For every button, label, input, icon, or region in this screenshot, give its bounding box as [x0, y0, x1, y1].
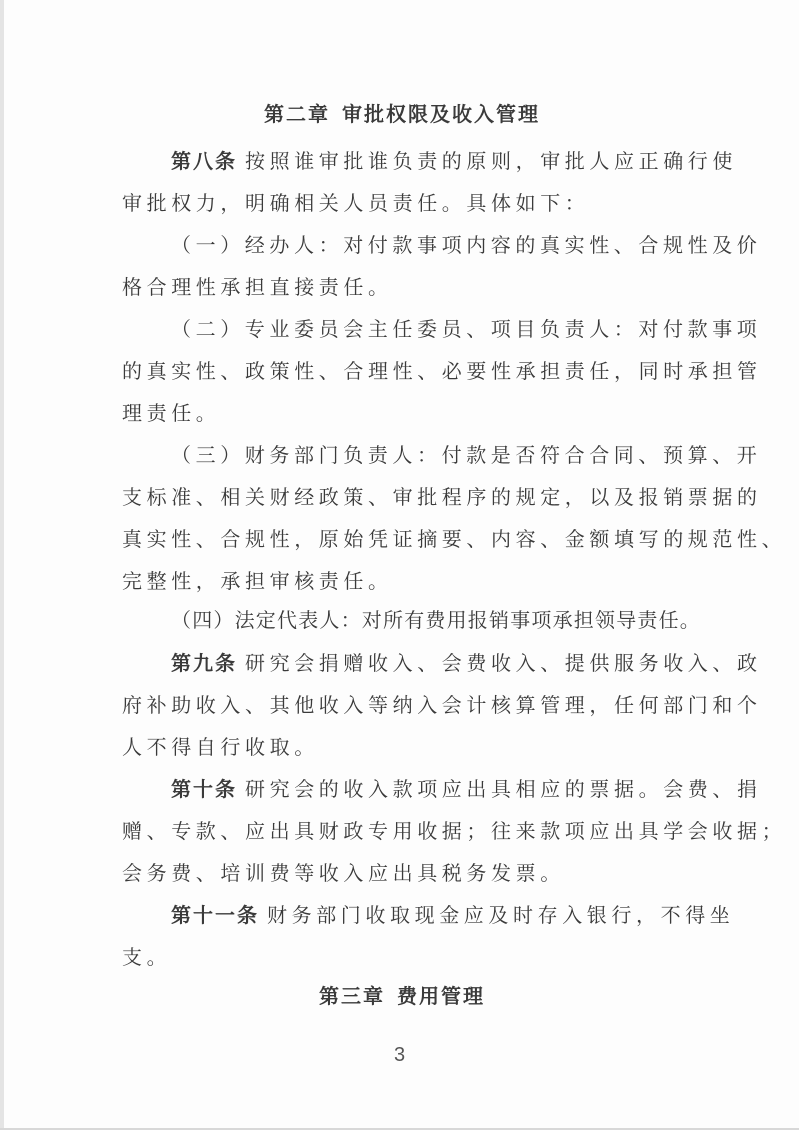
- article-9-text: 研究会捐赠收入、会费收入、提供服务收入、政: [245, 651, 762, 675]
- article-10-line-2: 赠、专款、应出具财政专用收据；往来款项应出具学会收据；: [122, 810, 682, 852]
- article-10: 第十条研究会的收入款项应出具相应的票据。会费、捐 赠、专款、应出具财政专用收据；…: [122, 768, 682, 894]
- item-1: （一）经办人：对付款事项内容的真实性、合规性及价 格合理性承担直接责任。: [122, 224, 682, 308]
- article-11-label: 第十一条: [171, 903, 259, 927]
- article-11-line-1: 第十一条财务部门收取现金应及时存入银行，不得坐: [122, 894, 682, 936]
- article-8-text: 按照谁审批谁负责的原则，审批人应正确行使: [245, 149, 737, 173]
- article-10-text: 研究会的收入款项应出具相应的票据。会费、捐: [245, 777, 762, 801]
- chapter-3-label: 第三章: [319, 984, 385, 1008]
- article-11: 第十一条财务部门收取现金应及时存入银行，不得坐 支。: [122, 894, 682, 978]
- article-9-line-3: 人不得自行收取。: [122, 726, 682, 768]
- chapter-2-heading: 第二章审批权限及收入管理: [122, 96, 682, 140]
- article-8-line-2: 审批权力，明确相关人员责任。具体如下：: [122, 182, 682, 224]
- item-2-line-1: （二）专业委员会主任委员、项目负责人：对付款事项: [122, 308, 682, 350]
- article-8-label: 第八条: [171, 149, 237, 173]
- article-10-line-3: 会务费、培训费等收入应出具税务发票。: [122, 852, 682, 894]
- item-3-line-2: 支标准、相关财经政策、审批程序的规定，以及报销票据的: [122, 476, 682, 518]
- item-1-line-2: 格合理性承担直接责任。: [122, 266, 682, 308]
- article-8: 第八条按照谁审批谁负责的原则，审批人应正确行使 审批权力，明确相关人员责任。具体…: [122, 140, 682, 224]
- item-3-line-1: （三）财务部门负责人：付款是否符合合同、预算、开: [122, 434, 682, 476]
- item-2: （二）专业委员会主任委员、项目负责人：对付款事项 的真实性、政策性、合理性、必要…: [122, 308, 682, 434]
- article-10-line-1: 第十条研究会的收入款项应出具相应的票据。会费、捐: [122, 768, 682, 810]
- item-2-line-3: 理责任。: [122, 392, 682, 434]
- item-2-line-2: 的真实性、政策性、合理性、必要性承担责任，同时承担管: [122, 350, 682, 392]
- scan-left-edge: [0, 0, 4, 1130]
- article-9-line-2: 府补助收入、其他收入等纳入会计核算管理，任何部门和个: [122, 684, 682, 726]
- article-11-line-2: 支。: [122, 936, 682, 978]
- item-4: （四）法定代表人：对所有费用报销事项承担领导责任。: [122, 602, 682, 642]
- item-3-line-3: 真实性、合规性，原始凭证摘要、内容、金额填写的规范性、: [122, 518, 682, 560]
- item-3-line-4: 完整性，承担审核责任。: [122, 560, 682, 602]
- article-10-label: 第十条: [171, 777, 237, 801]
- article-8-line-1: 第八条按照谁审批谁负责的原则，审批人应正确行使: [122, 140, 682, 182]
- chapter-3-heading: 第三章费用管理: [122, 978, 682, 1022]
- document-page: 第二章审批权限及收入管理 第八条按照谁审批谁负责的原则，审批人应正确行使 审批权…: [0, 0, 799, 1130]
- item-3: （三）财务部门负责人：付款是否符合合同、预算、开 支标准、相关财经政策、审批程序…: [122, 434, 682, 602]
- item-1-line-1: （一）经办人：对付款事项内容的真实性、合规性及价: [122, 224, 682, 266]
- item-4-line-1: （四）法定代表人：对所有费用报销事项承担领导责任。: [122, 602, 682, 642]
- page-content: 第二章审批权限及收入管理 第八条按照谁审批谁负责的原则，审批人应正确行使 审批权…: [122, 96, 682, 1022]
- page-number: 3: [0, 1044, 799, 1067]
- chapter-2-label: 第二章: [264, 102, 330, 126]
- chapter-3-title: 费用管理: [397, 984, 485, 1008]
- article-9-label: 第九条: [171, 651, 237, 675]
- article-9-line-1: 第九条研究会捐赠收入、会费收入、提供服务收入、政: [122, 642, 682, 684]
- article-11-text: 财务部门收取现金应及时存入银行，不得坐: [267, 903, 734, 927]
- article-9: 第九条研究会捐赠收入、会费收入、提供服务收入、政 府补助收入、其他收入等纳入会计…: [122, 642, 682, 768]
- chapter-2-title: 审批权限及收入管理: [342, 102, 540, 126]
